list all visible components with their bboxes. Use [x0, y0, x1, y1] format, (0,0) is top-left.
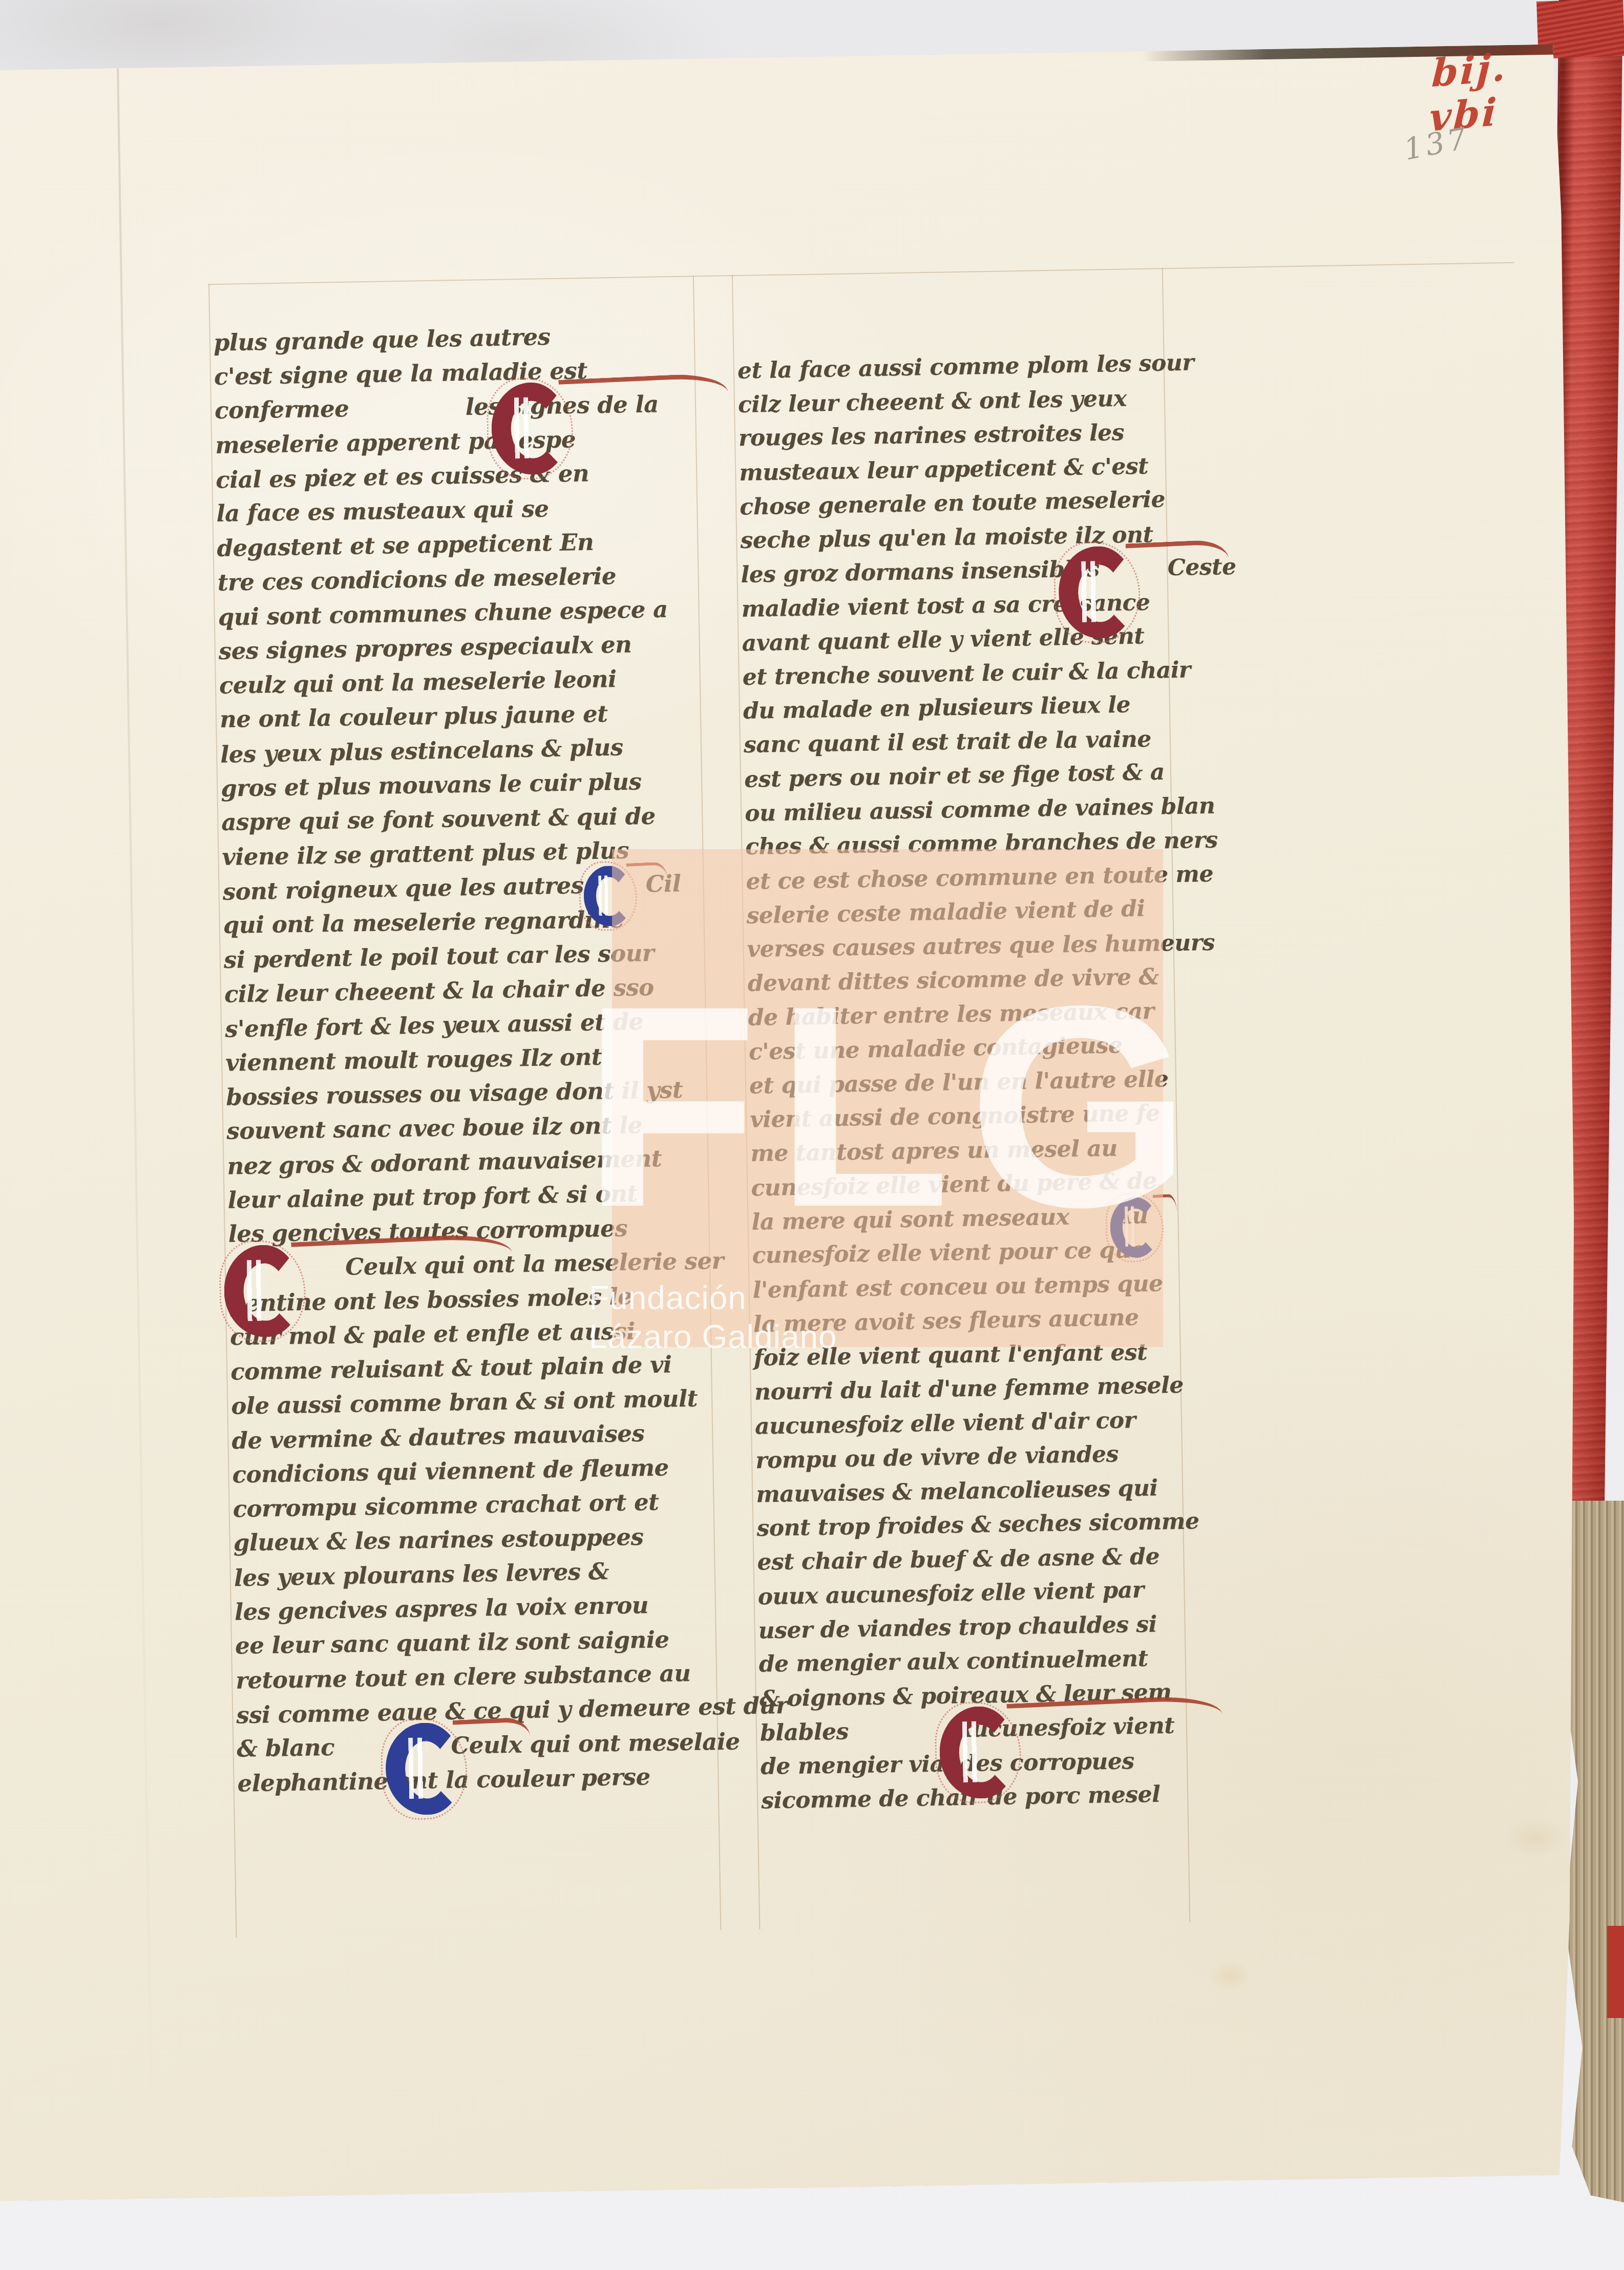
watermark-caption: Fundación Lázaro Galdiano	[589, 1278, 837, 1356]
manuscript-line: aspre qui se font souvent & qui de	[221, 798, 703, 839]
pilcrow-initial-blue	[385, 1722, 463, 1815]
pilcrow-initial-red	[939, 1706, 1017, 1799]
pilcrow-body	[491, 382, 569, 475]
quire-mark-fragment: am	[1491, 10, 1535, 48]
manuscript-line: la face es musteaux qui se	[216, 489, 698, 531]
parchment-crease	[117, 68, 154, 2198]
pilcrow-body	[939, 1706, 1017, 1799]
manuscript-line: du malade en plusieurs lieux le	[743, 687, 1173, 728]
pilcrow-slits	[514, 397, 534, 458]
manuscript-line: de mengier aulx continuelment	[758, 1642, 1189, 1682]
ruling-line	[208, 262, 1514, 285]
pilcrow-slits	[408, 1737, 428, 1798]
manuscript-line: ee leur sanc quant ilz sont saignie	[235, 1622, 717, 1663]
pilcrow-body	[223, 1244, 302, 1337]
pilcrow-initial-red	[491, 382, 569, 475]
pilcrow-slits	[247, 1259, 266, 1320]
watermark-caption-line1: Fundación	[589, 1278, 837, 1317]
manuscript-photo: plus grande que les autresc'est signe qu…	[0, 0, 1624, 2270]
manuscript-line: rouges les narines estroites les	[739, 415, 1169, 456]
binding-glimpse	[1607, 1926, 1624, 2018]
pilcrow-slits	[598, 875, 610, 915]
watermark-caption-line2: Lázaro Galdiano	[589, 1317, 837, 1356]
pilcrow-slits	[1081, 561, 1101, 622]
pilcrow-initial-red	[1058, 545, 1136, 639]
folio-number-pencil: 137	[1401, 120, 1472, 167]
pilcrow-slits	[962, 1721, 982, 1782]
pilcrow-body	[385, 1722, 463, 1815]
watermark-logo: FLG	[583, 963, 1209, 1270]
pilcrow-body	[1058, 545, 1136, 639]
pilcrow-initial-red	[223, 1244, 302, 1337]
manuscript-line: sont trop froides & seches sicomme	[756, 1505, 1187, 1546]
